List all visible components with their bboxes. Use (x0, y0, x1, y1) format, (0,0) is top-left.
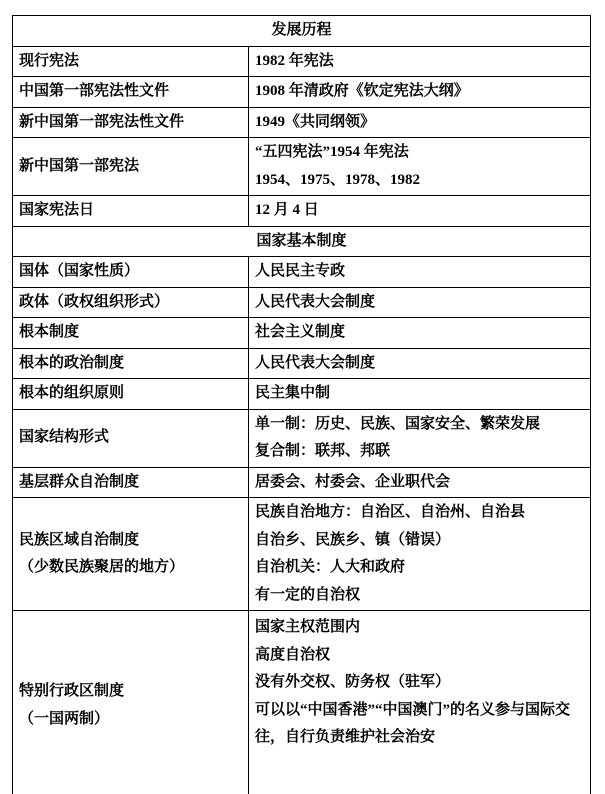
row-value-line: 单一制：历史、民族、国家安全、繁荣发展 (255, 411, 584, 439)
row-label-line: 根本的组织原则 (19, 380, 242, 408)
row-value-line: 人民代表大会制度 (255, 289, 584, 317)
row-value-line: 复合制：联邦、邦联 (255, 438, 584, 466)
row-value-line: 1982 年宪法 (255, 48, 584, 76)
section-header: 发展历程 (13, 16, 591, 47)
table-row: 国家结构形式单一制：历史、民族、国家安全、繁荣发展复合制：联邦、邦联 (13, 409, 591, 467)
row-label-line: （少数民族聚居的地方） (19, 554, 242, 582)
document-page: 发展历程现行宪法1982 年宪法中国第一部宪法性文件1908 年清政府《钦定宪法… (0, 0, 605, 794)
row-label-cell: 中国第一部宪法性文件 (13, 77, 249, 108)
row-value-cell: 民族自治地方：自治区、自治州、自治县自治乡、民族乡、镇（错误）自治机关：人大和政… (249, 498, 591, 611)
row-value-line: 民主集中制 (255, 380, 584, 408)
row-label-line: 国家宪法日 (19, 197, 242, 225)
table-row: 国家宪法日12 月 4 日 (13, 196, 591, 227)
row-label-cell: 新中国第一部宪法 (13, 138, 249, 196)
row-label-cell: 国家结构形式 (13, 409, 249, 467)
row-value-line: “五四宪法”1954 年宪法 (255, 139, 584, 167)
row-label-cell: 特别行政区制度（一国两制） (13, 611, 249, 794)
table-row: 国体（国家性质）人民民主专政 (13, 257, 591, 288)
row-value-line: 高度自治权 (255, 642, 584, 670)
row-value-line: 没有外交权、防务权（驻军） (255, 669, 584, 697)
table-body: 发展历程现行宪法1982 年宪法中国第一部宪法性文件1908 年清政府《钦定宪法… (13, 16, 591, 794)
row-value-line: 1949《共同纲领》 (255, 109, 584, 137)
row-value-line: 居委会、村委会、企业职代会 (255, 469, 584, 497)
row-value-line: 可以以“中国香港”“中国澳门”的名义参与国际交往，自行负责维护社会治安 (255, 697, 584, 752)
row-value-cell: 居委会、村委会、企业职代会 (249, 467, 591, 498)
row-label-cell: 根本的组织原则 (13, 379, 249, 410)
row-label-line: 基层群众自治制度 (19, 469, 242, 497)
section-header: 国家基本制度 (13, 226, 591, 257)
row-value-line: 12 月 4 日 (255, 197, 584, 225)
row-label-line: 新中国第一部宪法性文件 (19, 109, 242, 137)
constitution-notes-table: 发展历程现行宪法1982 年宪法中国第一部宪法性文件1908 年清政府《钦定宪法… (12, 15, 591, 794)
row-value-line: 国家主权范围内 (255, 614, 584, 642)
row-label-line: 政体（政权组织形式） (19, 289, 242, 317)
section-header-row: 国家基本制度 (13, 226, 591, 257)
row-value-cell: 国家主权范围内高度自治权没有外交权、防务权（驻军）可以以“中国香港”“中国澳门”… (249, 611, 591, 794)
table-row: 基层群众自治制度居委会、村委会、企业职代会 (13, 467, 591, 498)
table-row: 政体（政权组织形式）人民代表大会制度 (13, 287, 591, 318)
row-value-line: 有一定的自治权 (255, 582, 584, 610)
row-label-cell: 政体（政权组织形式） (13, 287, 249, 318)
row-value-cell: 民主集中制 (249, 379, 591, 410)
row-value-line: 1954、1975、1978、1982 (255, 167, 584, 195)
row-label-cell: 基层群众自治制度 (13, 467, 249, 498)
row-value-cell: 人民代表大会制度 (249, 348, 591, 379)
row-value-cell: 1982 年宪法 (249, 46, 591, 77)
row-value-cell: 单一制：历史、民族、国家安全、繁荣发展复合制：联邦、邦联 (249, 409, 591, 467)
row-value-cell: “五四宪法”1954 年宪法1954、1975、1978、1982 (249, 138, 591, 196)
row-value-cell: 12 月 4 日 (249, 196, 591, 227)
row-value-line: 人民代表大会制度 (255, 350, 584, 378)
row-value-line: 民族自治地方：自治区、自治州、自治县 (255, 499, 584, 527)
row-label-cell: 民族区域自治制度（少数民族聚居的地方） (13, 498, 249, 611)
row-label-cell: 根本的政治制度 (13, 348, 249, 379)
row-label-line: 根本制度 (19, 319, 242, 347)
table-row: 特别行政区制度（一国两制）国家主权范围内高度自治权没有外交权、防务权（驻军）可以… (13, 611, 591, 794)
table-row: 新中国第一部宪法“五四宪法”1954 年宪法1954、1975、1978、198… (13, 138, 591, 196)
row-value-line: 自治机关：人大和政府 (255, 554, 584, 582)
row-label-line: 国家结构形式 (19, 424, 242, 452)
row-label-cell: 国家宪法日 (13, 196, 249, 227)
table-row: 根本的组织原则民主集中制 (13, 379, 591, 410)
row-label-line: 国体（国家性质） (19, 258, 242, 286)
section-header-row: 发展历程 (13, 16, 591, 47)
row-value-line: 社会主义制度 (255, 319, 584, 347)
row-label-cell: 国体（国家性质） (13, 257, 249, 288)
row-label-line: 特别行政区制度 (19, 678, 242, 706)
row-label-line: 现行宪法 (19, 48, 242, 76)
row-label-cell: 根本制度 (13, 318, 249, 349)
table-row: 现行宪法1982 年宪法 (13, 46, 591, 77)
row-label-cell: 现行宪法 (13, 46, 249, 77)
row-value-cell: 1908 年清政府《钦定宪法大纲》 (249, 77, 591, 108)
table-row: 根本的政治制度人民代表大会制度 (13, 348, 591, 379)
row-value-cell: 人民代表大会制度 (249, 287, 591, 318)
table-row: 新中国第一部宪法性文件1949《共同纲领》 (13, 107, 591, 138)
row-label-line: （一国两制） (19, 706, 242, 734)
row-value-line: 1908 年清政府《钦定宪法大纲》 (255, 78, 584, 106)
row-value-cell: 人民民主专政 (249, 257, 591, 288)
table-row: 根本制度社会主义制度 (13, 318, 591, 349)
row-label-line: 根本的政治制度 (19, 350, 242, 378)
row-label-line: 民族区域自治制度 (19, 527, 242, 555)
row-value-cell: 1949《共同纲领》 (249, 107, 591, 138)
row-label-cell: 新中国第一部宪法性文件 (13, 107, 249, 138)
row-value-line: 自治乡、民族乡、镇（错误） (255, 527, 584, 555)
row-value-line: 人民民主专政 (255, 258, 584, 286)
row-value-cell: 社会主义制度 (249, 318, 591, 349)
table-row: 民族区域自治制度（少数民族聚居的地方）民族自治地方：自治区、自治州、自治县自治乡… (13, 498, 591, 611)
row-label-line: 中国第一部宪法性文件 (19, 78, 242, 106)
table-row: 中国第一部宪法性文件1908 年清政府《钦定宪法大纲》 (13, 77, 591, 108)
row-label-line: 新中国第一部宪法 (19, 153, 242, 181)
